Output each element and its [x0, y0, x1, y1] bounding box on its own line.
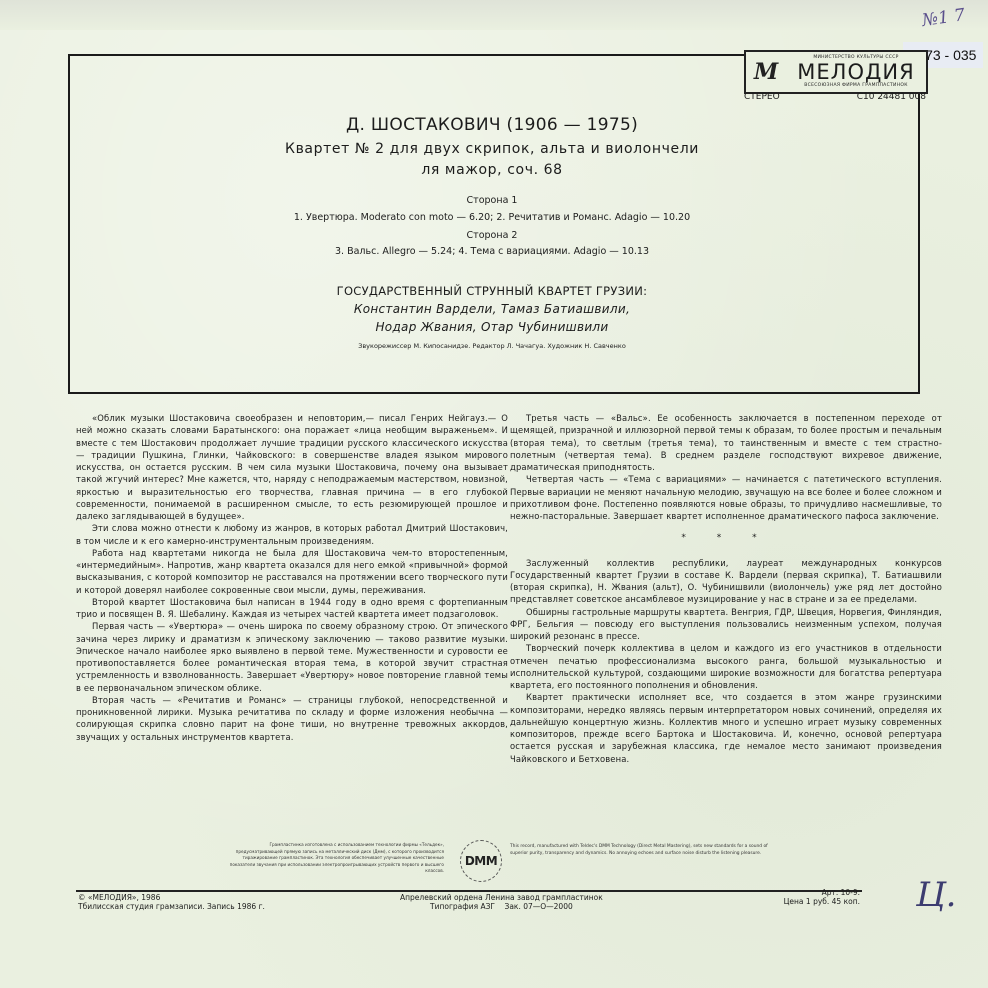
work-title-line2: ля мажор, соч. 68 — [68, 162, 916, 178]
dmm-text-ru: Грампластинка изготовлена с использовани… — [224, 842, 444, 875]
paragraph: Третья часть — «Вальс». Ее особенность з… — [510, 412, 942, 473]
paragraph: Эти слова можно отнести к любому из жанр… — [76, 522, 508, 547]
melodiya-emblem-icon: M — [746, 53, 786, 91]
paragraph: Вторая часть — «Речитатив и Романс» — ст… — [76, 694, 508, 743]
section-separator: * * * — [510, 532, 942, 544]
dmm-logo-icon: DMM — [460, 840, 502, 882]
side-2-label: Сторона 2 — [68, 230, 916, 241]
composer-title: Д. ШОСТАКОВИЧ (1906 — 1975) — [68, 115, 916, 135]
footer-middle: Апрелевский ордена Ленина завод грамплас… — [400, 893, 603, 911]
dmm-text-en: This record, manufactured with Teldec's … — [510, 844, 770, 857]
liner-notes-left: «Облик музыки Шостаковича своеобразен и … — [76, 412, 508, 743]
ensemble-name: ГОСУДАРСТВЕННЫЙ СТРУННЫЙ КВАРТЕТ ГРУЗИИ: — [68, 284, 916, 298]
members-line1: Константин Вардели, Тамаз Батиашвили, — [68, 302, 916, 316]
paragraph: Четвертая часть — «Тема с вариациями» — … — [510, 473, 942, 522]
footer-right: Арт. 10-9. Цена 1 руб. 45 коп. — [780, 888, 860, 906]
work-title-line1: Квартет № 2 для двух скрипок, альта и ви… — [68, 141, 916, 157]
article-number: Арт. 10-9. — [780, 888, 860, 897]
paragraph: Заслуженный коллектив республики, лауреа… — [510, 557, 942, 606]
handwritten-signature: Ц. — [916, 875, 956, 915]
liner-notes-right: Третья часть — «Вальс». Ее особенность з… — [510, 412, 942, 765]
dmm-block: Грампластинка изготовлена с использовани… — [224, 840, 784, 880]
side-2-tracks: 3. Вальс. Allegro — 5.24; 4. Тема с вари… — [68, 246, 916, 257]
catalog-number: С10 24481 008 — [857, 92, 926, 102]
recording-studio: Тбилисская студия грамзаписи. Запись 198… — [78, 902, 265, 911]
paragraph: Второй квартет Шостаковича был написан в… — [76, 596, 508, 621]
footer-rule — [76, 890, 862, 892]
logo-subtitle: ВСЕСОЮЗНАЯ ФИРМА ГРАМПЛАСТИНОК — [804, 83, 908, 89]
melodiya-logo: M МИНИСТЕРСТВО КУЛЬТУРЫ СССР МЕЛОДИЯ ВСЕ… — [744, 50, 928, 94]
production-credits: Звукорежиссер М. Кипосанидзе. Редактор Л… — [68, 342, 916, 350]
manufacturing-plant: Апрелевский ордена Ленина завод грамплас… — [400, 893, 603, 902]
format-row: СТЕРЕО С10 24481 008 — [744, 92, 926, 102]
paragraph: Творческий почерк коллектива в целом и к… — [510, 642, 942, 691]
sound-format: СТЕРЕО — [744, 92, 780, 102]
print-order: Типография АЗГ Зак. 07—О—2000 — [400, 902, 603, 911]
paragraph: «Облик музыки Шостаковича своеобразен и … — [76, 412, 508, 522]
paragraph: Квартет практически исполняет все, что с… — [510, 691, 942, 765]
footer-left: © «МЕЛОДИЯ», 1986 Тбилисская студия грам… — [78, 893, 265, 911]
side-1-tracks: 1. Увертюра. Moderato con moto — 6.20; 2… — [68, 212, 916, 223]
members-line2: Нодар Жвания, Отар Чубинишвили — [68, 320, 916, 334]
logo-name: МЕЛОДИЯ — [797, 61, 914, 83]
paragraph: Работа над квартетами никогда не была дл… — [76, 547, 508, 596]
copyright: © «МЕЛОДИЯ», 1986 — [78, 893, 265, 902]
side-1-label: Сторона 1 — [68, 195, 916, 206]
price: Цена 1 руб. 45 коп. — [780, 897, 860, 906]
paragraph: Обширны гастрольные маршруты квартета. В… — [510, 606, 942, 643]
paragraph: Первая часть — «Увертюра» — очень широка… — [76, 620, 508, 694]
top-edge — [0, 0, 988, 30]
